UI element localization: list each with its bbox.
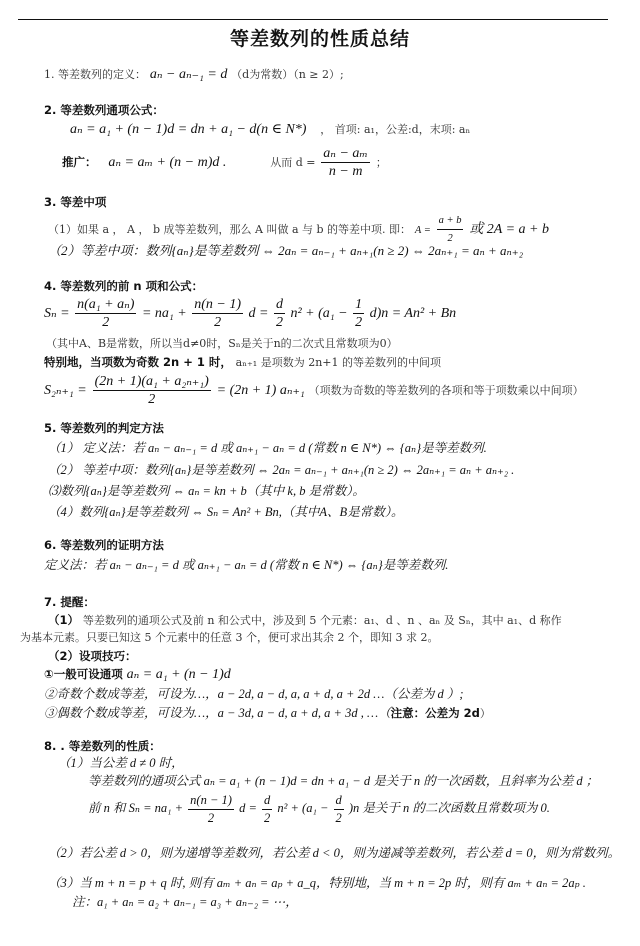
midterm-fraction: a + b 2: [437, 212, 464, 247]
tip-1: ①一般可设通项 aₙ = a₁ + (n − 1)d: [44, 666, 231, 683]
extension-fraction: aₙ − aₘ n − m: [321, 145, 370, 180]
section-5-item-4: （4）数列{aₙ}是等差数列 ⇔ Sₙ = An² + Bn,（其中A、B是常数…: [48, 504, 403, 520]
section-7-paragraph-1-cont: 为基本元素。只要已知这 5 个元素中的任意 3 个，便可求出其余 2 个，即知 …: [20, 630, 438, 646]
sum-special: 特别地，当项数为奇数 2n + 1 时， aₙ₊₁ 是项数为 2n+1 的等差数…: [44, 354, 441, 371]
section-8-item-1-line-2: 等差数列的通项公式 aₙ = a₁ + (n − 1)d = dn + a₁ −…: [88, 773, 598, 789]
sum-note: （其中A、B是常数，所以当d≠0时，Sₙ是关于n的二次式且常数项为0）: [46, 336, 398, 352]
page-title: 等差数列的性质总结: [0, 24, 640, 51]
section-7-tips-heading: （2）设项技巧：: [48, 648, 137, 664]
odd-sum-formula: S₂ₙ₊₁ = (2n + 1)(a₁ + a₂ₙ₊₁)2 = (2n + 1)…: [44, 370, 584, 411]
section-5-heading: 5. 等差数列的判定方法: [44, 420, 164, 436]
section-1-formula: aₙ − aₙ₋₁ = d: [150, 67, 228, 82]
section-8-item-3-note: 注：a₁ + aₙ = a₂ + aₙ₋₁ = a₃ + aₙ₋₂ = ⋯，: [72, 894, 298, 910]
section-8-item-1: （1）当公差 d ≠ 0 时，: [58, 755, 184, 771]
section-3-item-2: （2）等差中项：数列{aₙ}是等差数列 ⇔ 2aₙ = aₙ₋₁ + aₙ₊₁(…: [48, 243, 523, 259]
section-6-text: 定义法：若 aₙ − aₙ₋₁ = d 或 aₙ₊₁ − aₙ = d (常数 …: [44, 557, 448, 573]
section-8-item-1-line-3: 前 n 和 Sₙ = na₁ + n(n − 1)2 d = d2 n² + (…: [88, 789, 550, 827]
section-5-item-3: ⑶数列{aₙ}是等差数列 ⇔ aₙ = kn + b（其中 k, b 是常数）。: [48, 483, 365, 499]
tip-3: ③偶数个数成等差，可设为…，a − 3d, a − d, a + d, a + …: [44, 705, 491, 722]
tip-2: ②奇数个数成等差，可设为…，a − 2d, a − d, a, a + d, a…: [44, 686, 464, 702]
extension-formula: aₙ = aₘ + (n − m)d .: [108, 155, 226, 170]
section-8-item-3: （3）当 m + n = p + q 时, 则有 aₘ + aₙ = aₚ + …: [48, 875, 586, 891]
section-2-heading: 2. 等差数列通项公式：: [44, 102, 164, 118]
extension-then: 从而 d =: [270, 156, 315, 169]
general-term-desc: ， 首项: a₁，公差:d，末项: aₙ: [320, 123, 470, 136]
section-7-heading: 7. 提醒：: [44, 594, 95, 610]
extension-label: 推广：: [62, 155, 97, 169]
section-4-heading: 4. 等差数列的前 n 项和公式：: [44, 278, 203, 294]
section-6-heading: 6. 等差数列的证明方法: [44, 537, 164, 553]
section-3-heading: 3. 等差中项: [44, 194, 106, 210]
general-term-formula: aₙ = a₁ + (n − 1)d = dn + a₁ − d(n ∈ N*): [70, 122, 306, 137]
section-5-item-2: （2） 等差中项：数列{aₙ}是等差数列 ⇔ 2aₙ = aₙ₋₁ + aₙ₊₁…: [48, 462, 514, 478]
section-8-heading: 8. . 等差数列的性质：: [44, 738, 161, 754]
section-2-formula-line: aₙ = a₁ + (n − 1)d = dn + a₁ − d(n ∈ N*)…: [70, 121, 470, 138]
section-2-extension: 推广： aₙ = aₘ + (n − m)d . 从而 d = aₙ − aₘ …: [62, 143, 387, 182]
section-8-item-2: （2）若公差 d > 0，则为递增等差数列，若公差 d < 0，则为递减等差数列…: [48, 845, 620, 861]
top-rule: [18, 19, 608, 20]
section-1-definition: 1. 等差数列的定义： aₙ − aₙ₋₁ = d （d为常数）（n ≥ 2）;: [44, 66, 344, 83]
section-1-label: 1. 等差数列的定义：: [44, 68, 146, 81]
sum-formula: Sₙ = n(a₁ + aₙ)2 = na₁ + n(n − 1)2 d = d…: [44, 294, 456, 334]
section-7-paragraph-1: （1） 等差数列的通项公式及前 n 和公式中，涉及到 5 个元素：a₁、d 、n…: [48, 612, 562, 629]
section-5-item-1: （1） 定义法：若 aₙ − aₙ₋₁ = d 或 aₙ₊₁ − aₙ = d …: [48, 440, 487, 456]
section-1-note: （d为常数）（n ≥ 2）;: [231, 68, 344, 81]
